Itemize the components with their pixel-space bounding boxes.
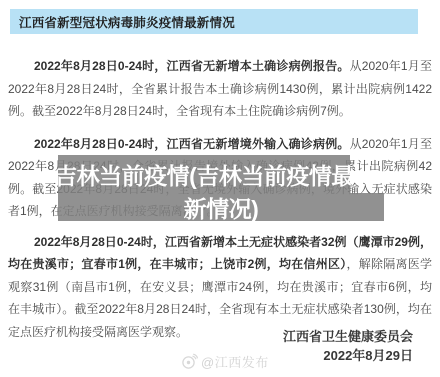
overlay-title-text1: 吉林当前疫情(吉林当前疫情最 bbox=[58, 158, 350, 191]
watermark-text: @江西发布 bbox=[201, 352, 269, 371]
overlay-title-text2: 新情况) bbox=[184, 193, 259, 221]
overlay-title-line2: 新情况) bbox=[58, 193, 384, 221]
signature-org: 江西省卫生健康委员会 bbox=[283, 329, 413, 344]
signature-date: 2022年8月29日 bbox=[283, 348, 413, 363]
signature-block: 江西省卫生健康委员会 2022年8月29日 bbox=[283, 329, 413, 363]
overlay-title-line1: 吉林当前疫情(吉林当前疫情最 bbox=[58, 155, 350, 193]
announcement-image: 江西省新型冠状病毒肺炎疫情最新情况 2022年8月28日0-24时，江西省无新增… bbox=[0, 0, 440, 377]
paragraph: 2022年8月28日0-24时，江西省新增本土无症状感染者32例（鹰潭市29例，… bbox=[8, 231, 432, 344]
watermark: @江西发布 bbox=[181, 352, 269, 371]
paragraph-lead-bold: 2022年8月28日0-24时，江西省无新增本土确诊病例报告。 bbox=[34, 59, 350, 73]
paragraph-lead-bold: 2022年8月28日0-24时，江西省无新增境外输入确诊病例。 bbox=[34, 137, 350, 151]
paragraph: 2022年8月28日0-24时，江西省无新增本土确诊病例报告。从2020年1月至… bbox=[8, 55, 432, 123]
weibo-icon bbox=[181, 353, 201, 370]
